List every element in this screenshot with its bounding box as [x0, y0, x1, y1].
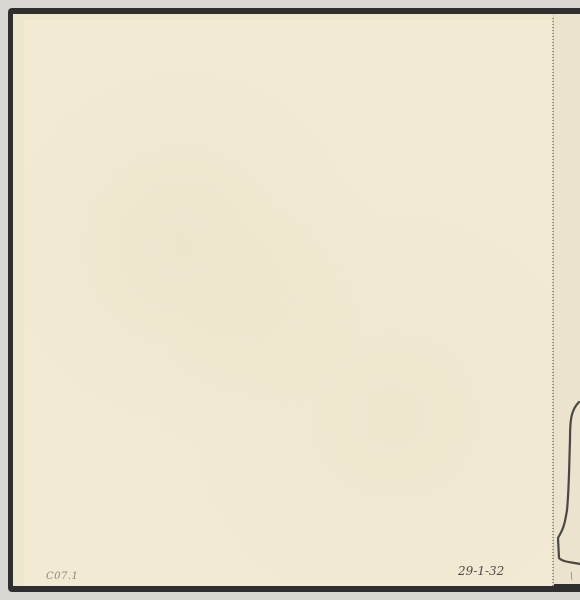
catalog-reference-note: C07.1 — [46, 571, 78, 582]
date-note: 29-1-32 — [458, 564, 504, 578]
perforated-gutter — [552, 18, 554, 586]
next-page-mark: \ — [570, 572, 573, 582]
blank-sketch-page — [24, 20, 553, 586]
pencil-sketch-line-icon — [555, 380, 580, 600]
